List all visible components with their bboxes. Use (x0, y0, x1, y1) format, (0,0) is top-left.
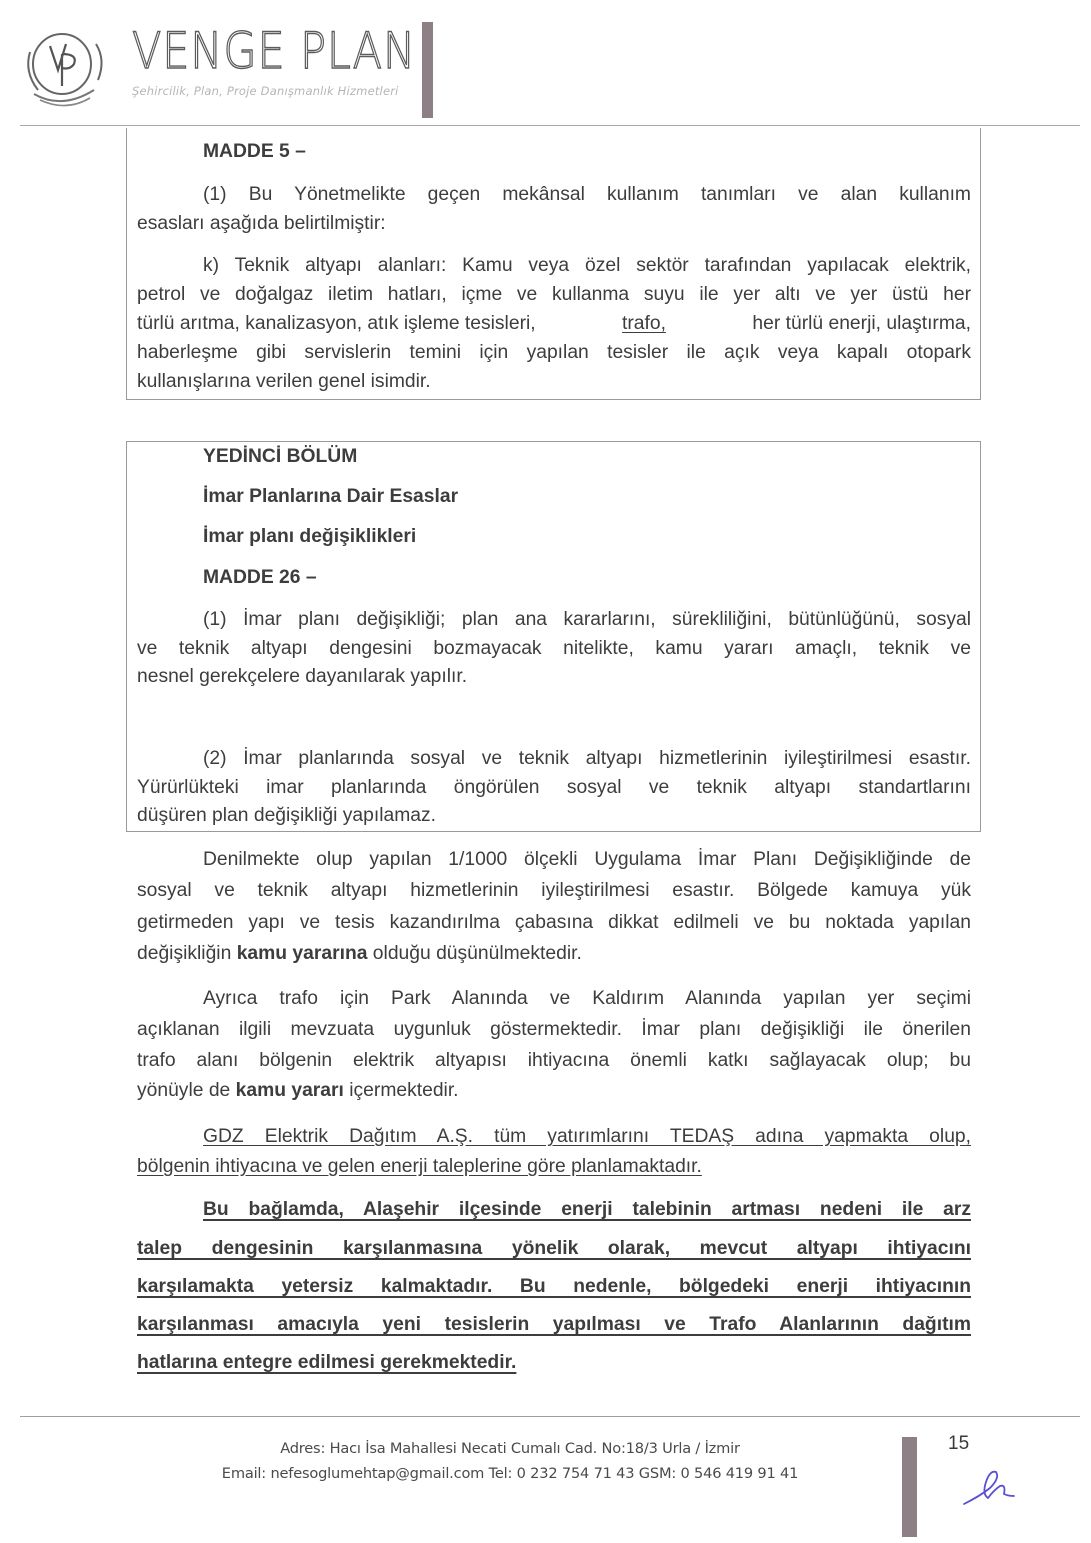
body-p3-line: GDZ Elektrik Dağıtım A.Ş. tüm yatırımlar… (203, 1126, 971, 1148)
page-number: 15 (948, 1433, 969, 1455)
madde-5-p2-line: haberleşme gibi servislerin temini için … (137, 342, 971, 364)
venge-plan-logo-icon (16, 24, 124, 108)
madde-26-p2-line: düşüren plan değişikliği yapılamaz. (137, 805, 436, 827)
signature-icon (960, 1466, 1030, 1508)
madde-26-p2-line: Yürürlükteki imar planlarında öngörülen … (137, 777, 971, 799)
trafo-underlined: trafo, (622, 313, 666, 335)
section-subtitle: İmar planı değişiklikleri (203, 526, 416, 548)
header-accent-bar (422, 22, 433, 118)
body-p2-line: açıklanan ilgili mevzuata uygunluk göste… (137, 1019, 971, 1041)
body-p1-line: getirmeden yapı ve tesis kazandırılma ça… (137, 912, 971, 934)
letterhead: VENGE PLAN Şehircilik, Plan, Proje Danış… (0, 0, 1091, 125)
section-title: İmar Planlarına Dair Esaslar (203, 486, 458, 508)
body-p4-line: talep dengesinin karşılanmasına yönelik … (137, 1238, 971, 1260)
footer-contact: Email: nefesoglumehtap@gmail.com Tel: 0 … (150, 1465, 870, 1482)
madde-26-p1-line: (1) İmar planı değişikliği; plan ana kar… (203, 609, 971, 631)
body-p4-line: Bu bağlamda, Alaşehir ilçesinde enerji t… (203, 1199, 971, 1221)
body-p2-line: trafo alanı bölgenin elektrik altyapısı … (137, 1050, 971, 1072)
body-p4-line: karşılanması amacıyla yeni tesislerin ya… (137, 1314, 971, 1336)
body-p3-line: bölgenin ihtiyacına ve gelen enerji tale… (137, 1156, 702, 1178)
madde-26-p2-line: (2) İmar planlarında sosyal ve teknik al… (203, 748, 971, 770)
madde-5-p2-line: k) Teknik altyapı alanları: Kamu veya öz… (203, 255, 971, 277)
header-divider (20, 125, 1080, 126)
madde-26-p1-line: nesnel gerekçelere dayanılarak yapılır. (137, 666, 467, 688)
madde-26-heading: MADDE 26 – (203, 567, 317, 589)
footer-divider (20, 1416, 1080, 1417)
text-segment: içermektedir. (344, 1080, 459, 1101)
footer-address: Adres: Hacı İsa Mahallesi Necati Cumalı … (150, 1440, 870, 1457)
body-p2-line: yönüyle de kamu yararı içermektedir. (137, 1080, 459, 1102)
emphasis-kamu-yararina: kamu yararına (237, 943, 368, 964)
text-segment: yönüyle de (137, 1080, 236, 1101)
text-segment: türlü arıtma, kanalizasyon, atık işleme … (137, 313, 541, 335)
text-segment: olduğu düşünülmektedir. (367, 943, 581, 964)
body-p1-line: sosyal ve teknik altyapı hizmetlerinin i… (137, 880, 971, 902)
section-heading: YEDİNCİ BÖLÜM (203, 446, 357, 468)
body-p4-line: hatlarına entegre edilmesi gerekmektedir… (137, 1352, 516, 1374)
body-p1-line: Denilmekte olup yapılan 1/1000 ölçekli U… (203, 849, 971, 871)
madde-5-p2-line: petrol ve doğalgaz iletim hatları, içme … (137, 284, 971, 306)
body-p4-line: karşılamakta yetersiz kalmaktadır. Bu ne… (137, 1276, 971, 1298)
emphasis-kamu-yarari: kamu yararı (236, 1080, 344, 1101)
madde-5-p1-line: esasları aşağıda belirtilmiştir: (137, 213, 386, 235)
text-segment: değişikliğin (137, 943, 237, 964)
madde-5-heading: MADDE 5 – (203, 141, 306, 163)
text-segment: her türlü enerji, ulaştırma, (747, 313, 971, 335)
footer-accent-bar (902, 1437, 917, 1537)
madde-5-p1-line: (1) Bu Yönetmelikte geçen mekânsal kulla… (203, 184, 971, 206)
body-p2-line: Ayrıca trafo için Park Alanında ve Kaldı… (203, 988, 971, 1010)
body-p1-line: değişikliğin kamu yararına olduğu düşünü… (137, 943, 582, 965)
madde-5-p2-line: kullanışlarına verilen genel isimdir. (137, 371, 431, 393)
brand-name: VENGE PLAN (132, 22, 416, 80)
madde-5-p2-line: türlü arıtma, kanalizasyon, atık işleme … (137, 313, 971, 335)
brand-tagline: Şehircilik, Plan, Proje Danışmanlık Hizm… (132, 84, 399, 98)
madde-26-p1-line: ve teknik altyapı dengesini bozmayacak n… (137, 638, 971, 660)
